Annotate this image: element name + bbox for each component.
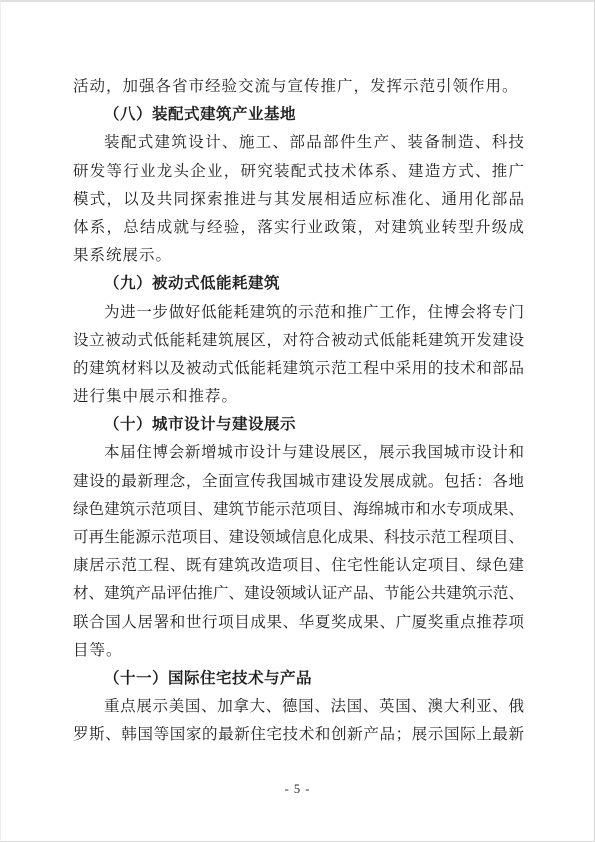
paragraph-10-line-5: 康居示范工程、既有建筑改造项目、住宅性能认定项目、绿色建	[73, 552, 524, 580]
section-heading-9: （九）被动式低能耗建筑	[73, 270, 524, 298]
paragraph-11-line-1: 重点展示美国、加拿大、德国、法国、英国、澳大利亚、俄	[73, 693, 524, 721]
paragraph-9-line-2: 设立被动式低能耗建筑展区，对符合被动式低能耗建筑开发建设	[73, 327, 524, 355]
paragraph-carryover-line-1: 活动，加强各省市经验交流与宣传推广，发挥示范引领作用。	[73, 73, 524, 101]
paragraph-8-line-3: 模式，以及共同探索推进与其发展相适应标准化、通用化部品	[73, 186, 524, 214]
paragraph-10-line-2: 建设的最新理念，全面宣传我国城市建设发展成就。包括：各地	[73, 468, 524, 496]
paragraph-8-line-4: 体系，总结成就与经验，落实行业政策，对建筑业转型升级成	[73, 214, 524, 242]
paragraph-10-line-1: 本届住博会新增城市设计与建设展区，展示我国城市设计和	[73, 439, 524, 467]
paragraph-9-line-4: 进行集中展示和推荐。	[73, 383, 524, 411]
paragraph-8-line-2: 研发等行业龙头企业，研究装配式技术体系、建造方式、推广	[73, 158, 524, 186]
paragraph-10-line-6: 材、建筑产品评估推广、建设领域认证产品、节能公共建筑示范、	[73, 580, 524, 608]
section-heading-8: （八）装配式建筑产业基地	[73, 101, 524, 129]
paragraph-9-line-1: 为进一步做好低能耗建筑的示范和推广工作，住博会将专门	[73, 299, 524, 327]
paragraph-9-line-3: 的建筑材料以及被动式低能耗建筑示范工程中采用的技术和部品	[73, 355, 524, 383]
document-page: 活动，加强各省市经验交流与宣传推广，发挥示范引领作用。（八）装配式建筑产业基地装…	[0, 0, 595, 842]
paragraph-11-line-2: 罗斯、韩国等国家的最新住宅技术和创新产品；展示国际上最新	[73, 721, 524, 749]
page-body: 活动，加强各省市经验交流与宣传推广，发挥示范引领作用。（八）装配式建筑产业基地装…	[73, 73, 524, 750]
paragraph-10-line-4: 可再生能源示范项目、建设领域信息化成果、科技示范工程项目、	[73, 524, 524, 552]
paragraph-10-line-8: 目等。	[73, 637, 524, 665]
section-heading-10: （十）城市设计与建设展示	[73, 411, 524, 439]
section-heading-11: （十一）国际住宅技术与产品	[73, 665, 524, 693]
paragraph-10-line-3: 绿色建筑示范项目、建筑节能示范项目、海绵城市和水专项成果、	[73, 496, 524, 524]
page-number: - 5 -	[1, 782, 594, 797]
paragraph-10-line-7: 联合国人居署和世行项目成果、华夏奖成果、广厦奖重点推荐项	[73, 609, 524, 637]
paragraph-8-line-1: 装配式建筑设计、施工、部品部件生产、装备制造、科技	[73, 129, 524, 157]
paragraph-8-line-5: 果系统展示。	[73, 242, 524, 270]
